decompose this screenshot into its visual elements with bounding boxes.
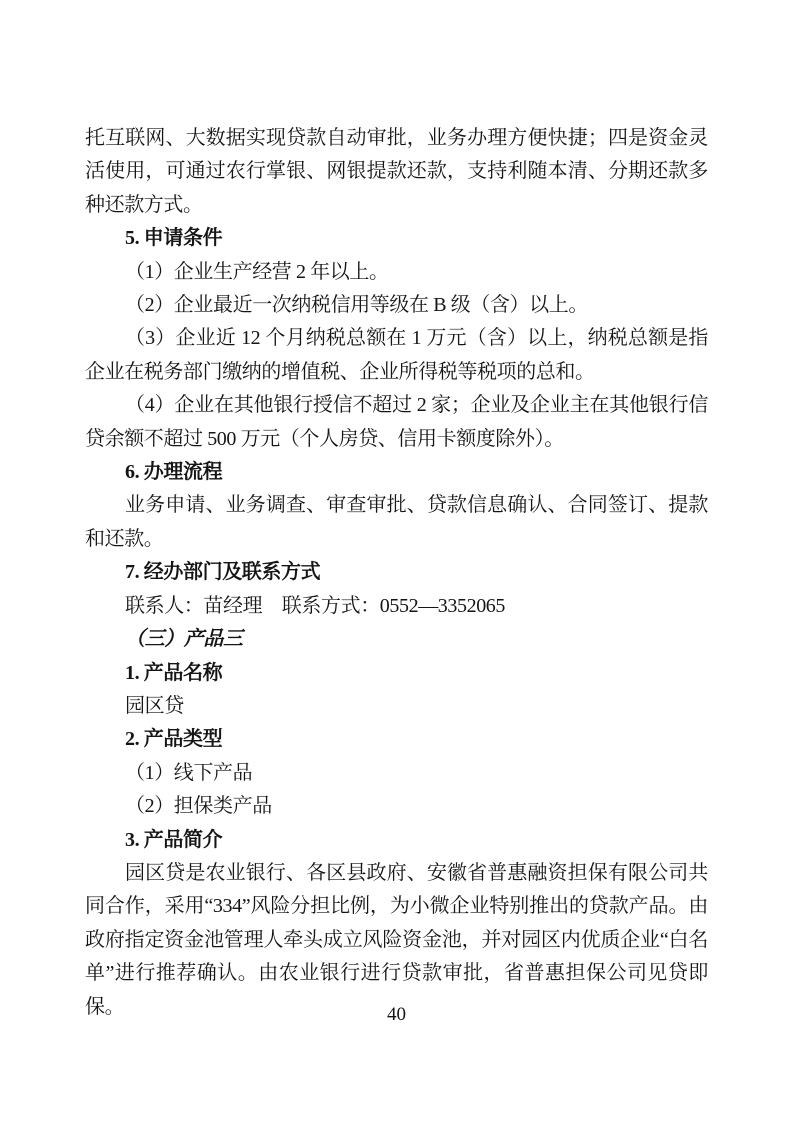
contact-info-line: 联系人：苗经理 联系方式：0552—3352065 — [85, 590, 708, 623]
heading-department-contact: 7. 经办部门及联系方式 — [85, 556, 708, 589]
heading-product-type: 2. 产品类型 — [85, 723, 708, 756]
document-page: 托互联网、大数据实现贷款自动审批，业务办理方便快捷；四是资金灵活使用，可通过农行… — [0, 0, 793, 1122]
heading-product-three: （三）产品三 — [85, 623, 708, 656]
condition-item-4: （4）企业在其他银行授信不超过 2 家；企业及企业主在其他银行信贷余额不超过 5… — [85, 389, 708, 456]
product-type-item-2: （2）担保类产品 — [85, 790, 708, 823]
condition-item-1: （1）企业生产经营 2 年以上。 — [85, 256, 708, 289]
heading-product-name: 1. 产品名称 — [85, 657, 708, 690]
heading-handling-process: 6. 办理流程 — [85, 456, 708, 489]
heading-product-intro: 3. 产品简介 — [85, 824, 708, 857]
document-body: 托互联网、大数据实现贷款自动审批，业务办理方便快捷；四是资金灵活使用，可通过农行… — [85, 122, 708, 1024]
product-name-value: 园区贷 — [85, 690, 708, 723]
condition-item-3: （3）企业近 12 个月纳税总额在 1 万元（含）以上，纳税总额是指企业在税务部… — [85, 322, 708, 389]
paragraph-repayment-tail: 托互联网、大数据实现贷款自动审批，业务办理方便快捷；四是资金灵活使用，可通过农行… — [85, 122, 708, 222]
paragraph-product-intro: 园区贷是农业银行、各区县政府、安徽省普惠融资担保有限公司共同合作，采用“334”… — [85, 857, 708, 1024]
condition-item-2: （2）企业最近一次纳税信用等级在 B 级（含）以上。 — [85, 289, 708, 322]
product-type-item-1: （1）线下产品 — [85, 757, 708, 790]
page-number: 40 — [0, 1002, 793, 1028]
heading-application-conditions: 5. 申请条件 — [85, 222, 708, 255]
paragraph-handling-process: 业务申请、业务调查、审查审批、贷款信息确认、合同签订、提款和还款。 — [85, 489, 708, 556]
